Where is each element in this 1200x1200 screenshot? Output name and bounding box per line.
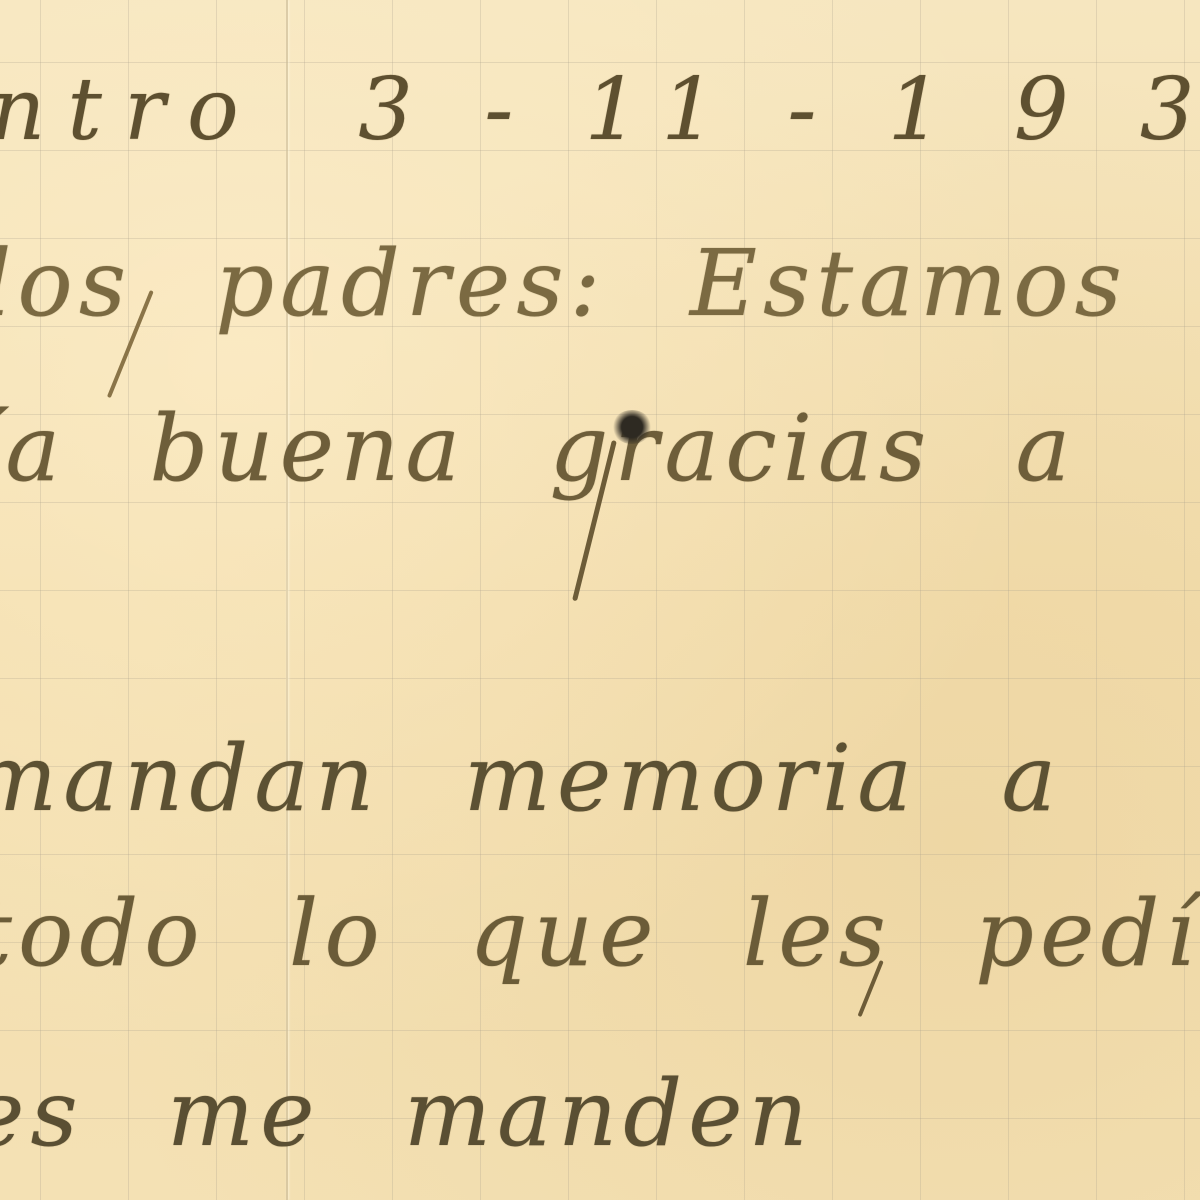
- handwritten-word: manden: [404, 1060, 814, 1167]
- handwritten-word: es: [0, 1060, 84, 1167]
- ink-blot: [612, 410, 652, 444]
- handwritten-word: mandan: [0, 725, 380, 832]
- handwritten-word: ntro: [0, 60, 261, 160]
- handwritten-word: padres:: [215, 230, 606, 337]
- handwritten-word: que: [469, 880, 660, 987]
- letter-line-6: es me manden: [0, 1060, 862, 1167]
- letter-line-5: todo lo que les pedía: [0, 880, 1200, 987]
- letter-date: 3 - 11 - 1 9 3 0: [358, 60, 1200, 160]
- paper-fold-line: [286, 0, 288, 1200]
- handwritten-word: les: [743, 880, 892, 987]
- handwritten-word: me: [167, 1060, 321, 1167]
- handwritten-word: Estamos: [690, 230, 1128, 337]
- handwritten-word: a: [1015, 395, 1076, 502]
- handwritten-word: todo: [0, 880, 206, 987]
- handwritten-word: gracias: [549, 395, 932, 502]
- handwritten-word: ía: [0, 395, 66, 502]
- handwritten-word: los: [0, 230, 132, 337]
- graph-grid: [0, 0, 1200, 1200]
- letter-line-2-salutation: los padres: Estamos bien: [0, 230, 1200, 337]
- handwritten-word: lo: [289, 880, 386, 987]
- handwritten-word: pedía: [975, 880, 1200, 987]
- handwritten-word: buena: [150, 395, 467, 502]
- letter-line-3: ía buena gracias a: [0, 395, 1124, 502]
- handwritten-word: a: [1001, 725, 1062, 832]
- handwritten-word: memoria: [464, 725, 919, 832]
- letter-line-1-date: ntro 3 - 11 - 1 9 3 0: [0, 60, 1200, 160]
- letter-line-4: mandan memoria a: [0, 725, 1110, 832]
